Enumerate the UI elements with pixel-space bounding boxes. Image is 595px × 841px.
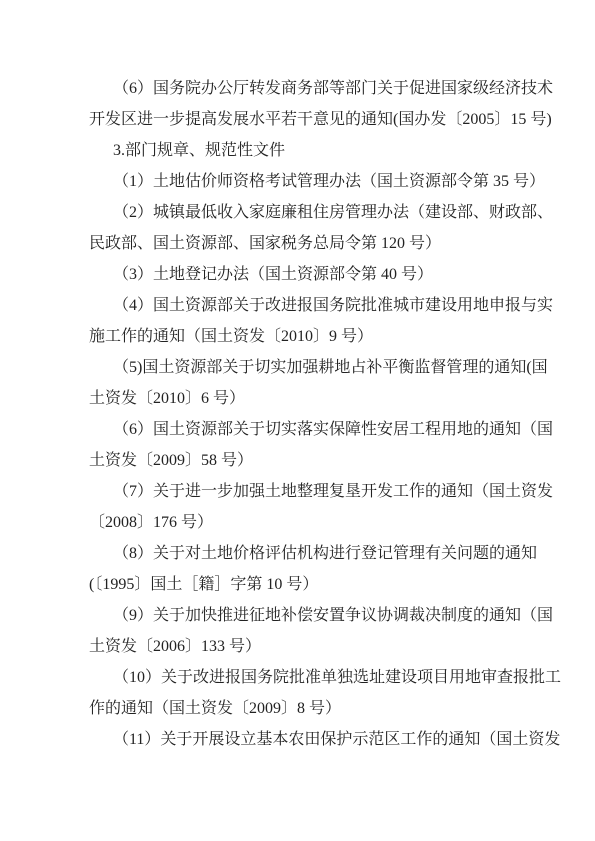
document-line: 施工作的通知（国土资发〔2010〕9 号）: [89, 321, 507, 352]
document-line: （6）国务院办公厅转发商务部等部门关于促进国家级经济技术: [89, 73, 507, 104]
document-page: （6）国务院办公厅转发商务部等部门关于促进国家级经济技术开发区进一步提高发展水平…: [0, 0, 595, 841]
document-line: （3）土地登记办法（国土资源部令第 40 号）: [89, 259, 507, 290]
document-line: （6）国土资源部关于切实落实保障性安居工程用地的通知（国: [89, 414, 507, 445]
document-line: 土资发〔2010〕6 号）: [89, 383, 507, 414]
document-line: （8）关于对土地价格评估机构进行登记管理有关问题的通知: [89, 538, 507, 569]
document-line: 土资发〔2009〕58 号）: [89, 445, 507, 476]
document-line: （10）关于改进报国务院批准单独选址建设项目用地审查报批工: [89, 662, 507, 693]
document-line: （2）城镇最低收入家庭廉租住房管理办法（建设部、财政部、: [89, 197, 507, 228]
document-line: （1）土地估价师资格考试管理办法（国土资源部令第 35 号）: [89, 166, 507, 197]
document-line: （11）关于开展设立基本农田保护示范区工作的通知（国土资发: [89, 724, 507, 755]
document-line: 3.部门规章、规范性文件: [89, 135, 507, 166]
document-line: （9）关于加快推进征地补偿安置争议协调裁决制度的通知（国: [89, 600, 507, 631]
document-line: 开发区进一步提高发展水平若干意见的通知(国办发〔2005〕15 号): [89, 104, 507, 135]
document-line: 作的通知（国土资发〔2009〕8 号）: [89, 693, 507, 724]
document-line: 〔2008〕176 号）: [89, 507, 507, 538]
document-line: （7）关于进一步加强土地整理复垦开发工作的通知（国土资发: [89, 476, 507, 507]
document-line: 土资发〔2006〕133 号）: [89, 631, 507, 662]
document-line: （5)国土资源部关于切实加强耕地占补平衡监督管理的通知(国: [89, 352, 507, 383]
document-line: 民政部、国土资源部、国家税务总局令第 120 号）: [89, 228, 507, 259]
document-body: （6）国务院办公厅转发商务部等部门关于促进国家级经济技术开发区进一步提高发展水平…: [89, 73, 507, 755]
document-line: (〔1995〕国土［籍］字第 10 号）: [89, 569, 507, 600]
document-line: （4）国土资源部关于改进报国务院批准城市建设用地申报与实: [89, 290, 507, 321]
